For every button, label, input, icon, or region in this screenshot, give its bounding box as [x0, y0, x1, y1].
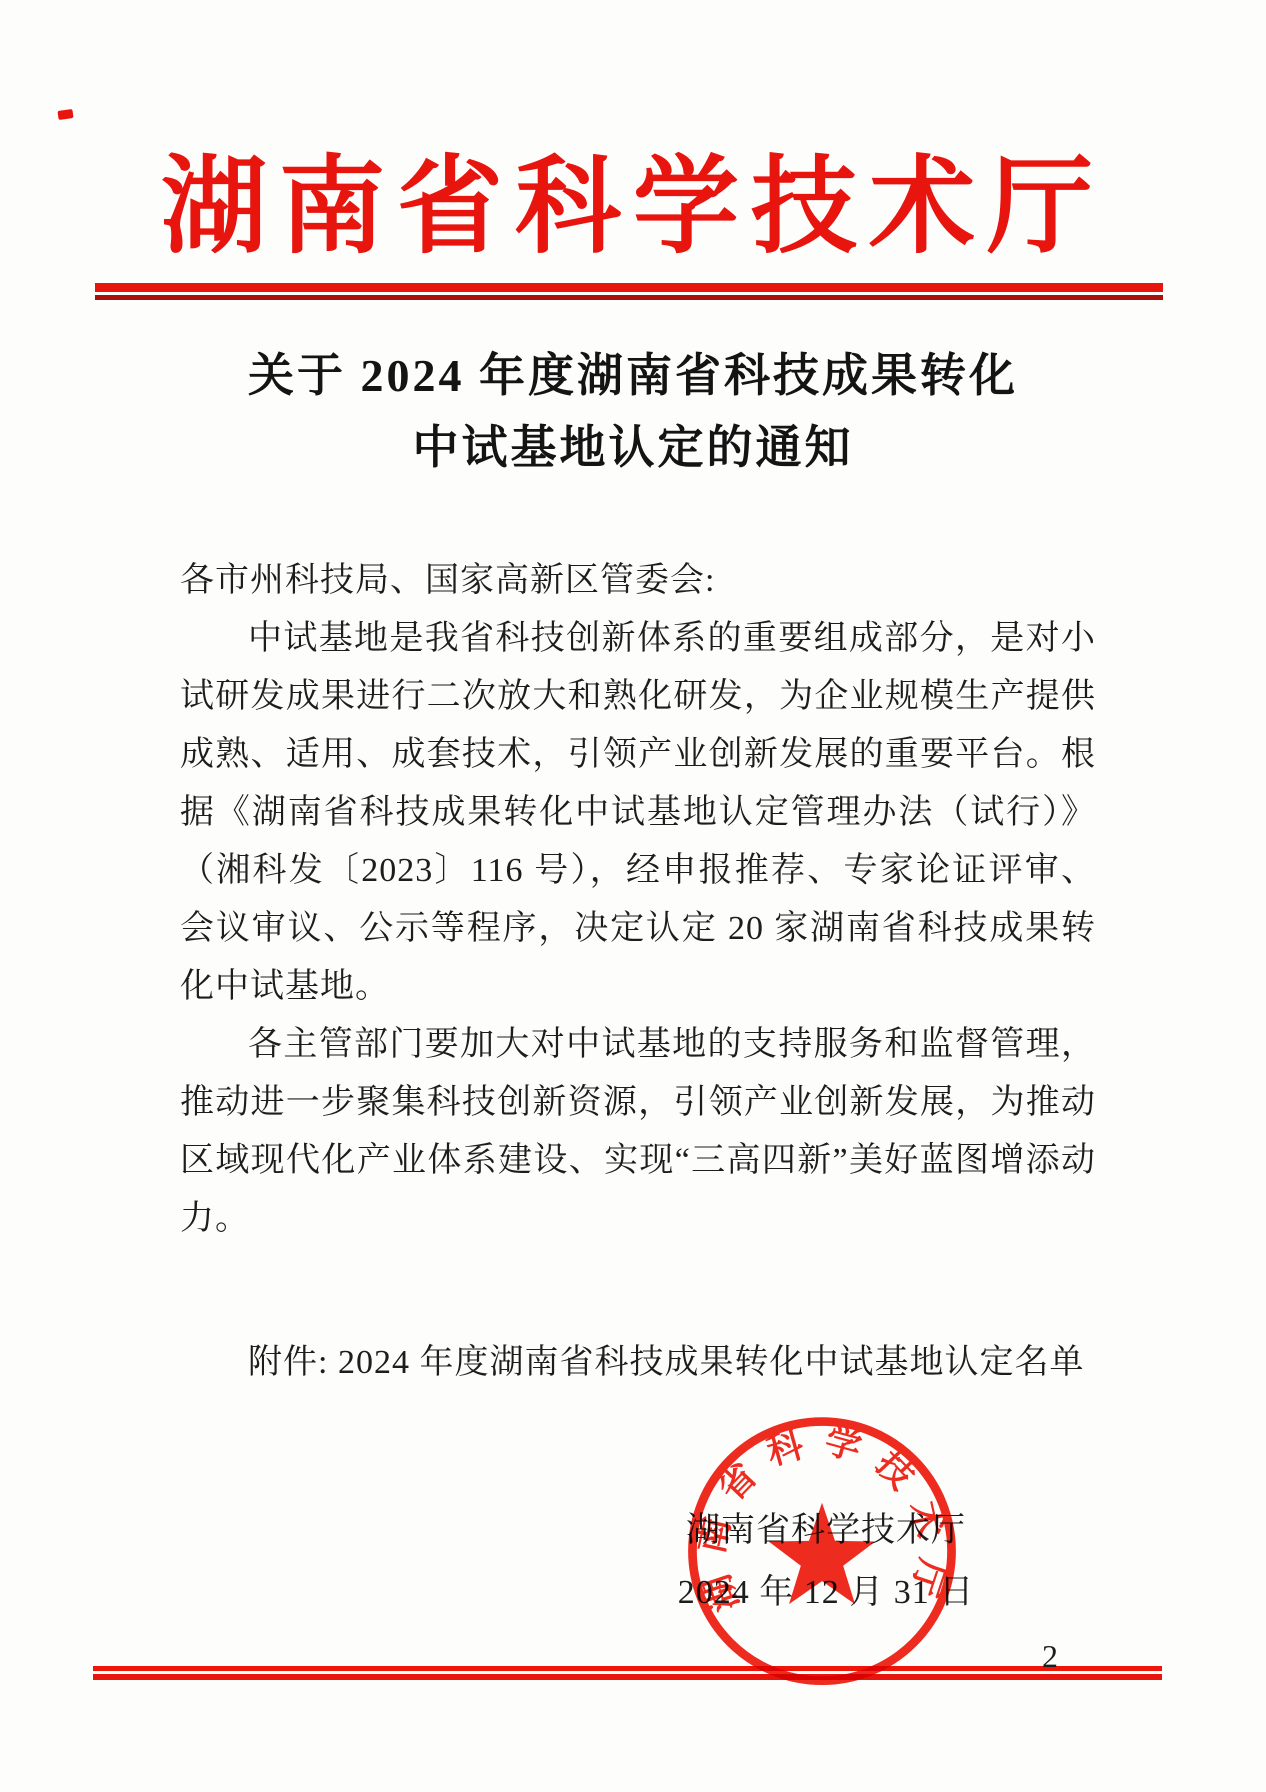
- scan-artifact-mark: [57, 109, 73, 120]
- salutation: 各市州科技局、国家高新区管委会:: [180, 552, 1096, 610]
- rule-thick-line: [95, 283, 1163, 292]
- page-number: 2: [1030, 1638, 1070, 1675]
- paragraph-2: 各主管部门要加大对中试基地的支持服务和监督管理，推动进一步聚集科技创新资源，引领…: [180, 1016, 1096, 1248]
- footer-rule-bottom-line: [93, 1674, 1162, 1680]
- document-title-line1: 关于 2024 年度湖南省科技成果转化: [0, 340, 1266, 412]
- document-page: 湖南省科学技术厅 关于 2024 年度湖南省科技成果转化 中试基地认定的通知 各…: [0, 0, 1266, 1792]
- document-title: 关于 2024 年度湖南省科技成果转化 中试基地认定的通知: [0, 340, 1266, 484]
- document-title-line2: 中试基地认定的通知: [0, 412, 1266, 484]
- seal-star-icon: [769, 1503, 876, 1604]
- footer-double-rule: [93, 1666, 1162, 1680]
- letterhead-agency-title: 湖南省科学技术厅: [0, 148, 1266, 268]
- letterhead-double-rule: [95, 283, 1163, 300]
- document-body: 各市州科技局、国家高新区管委会: 中试基地是我省科技创新体系的重要组成部分，是对…: [180, 552, 1096, 1248]
- paragraph-1: 中试基地是我省科技创新体系的重要组成部分，是对小试研发成果进行二次放大和熟化研发…: [180, 610, 1096, 1016]
- official-seal-stamp: 湖南省科学技术厅: [677, 1404, 967, 1704]
- rule-thin-line: [95, 295, 1163, 300]
- attachment-note: 附件: 2024 年度湖南省科技成果转化中试基地认定名单: [180, 1338, 1180, 1388]
